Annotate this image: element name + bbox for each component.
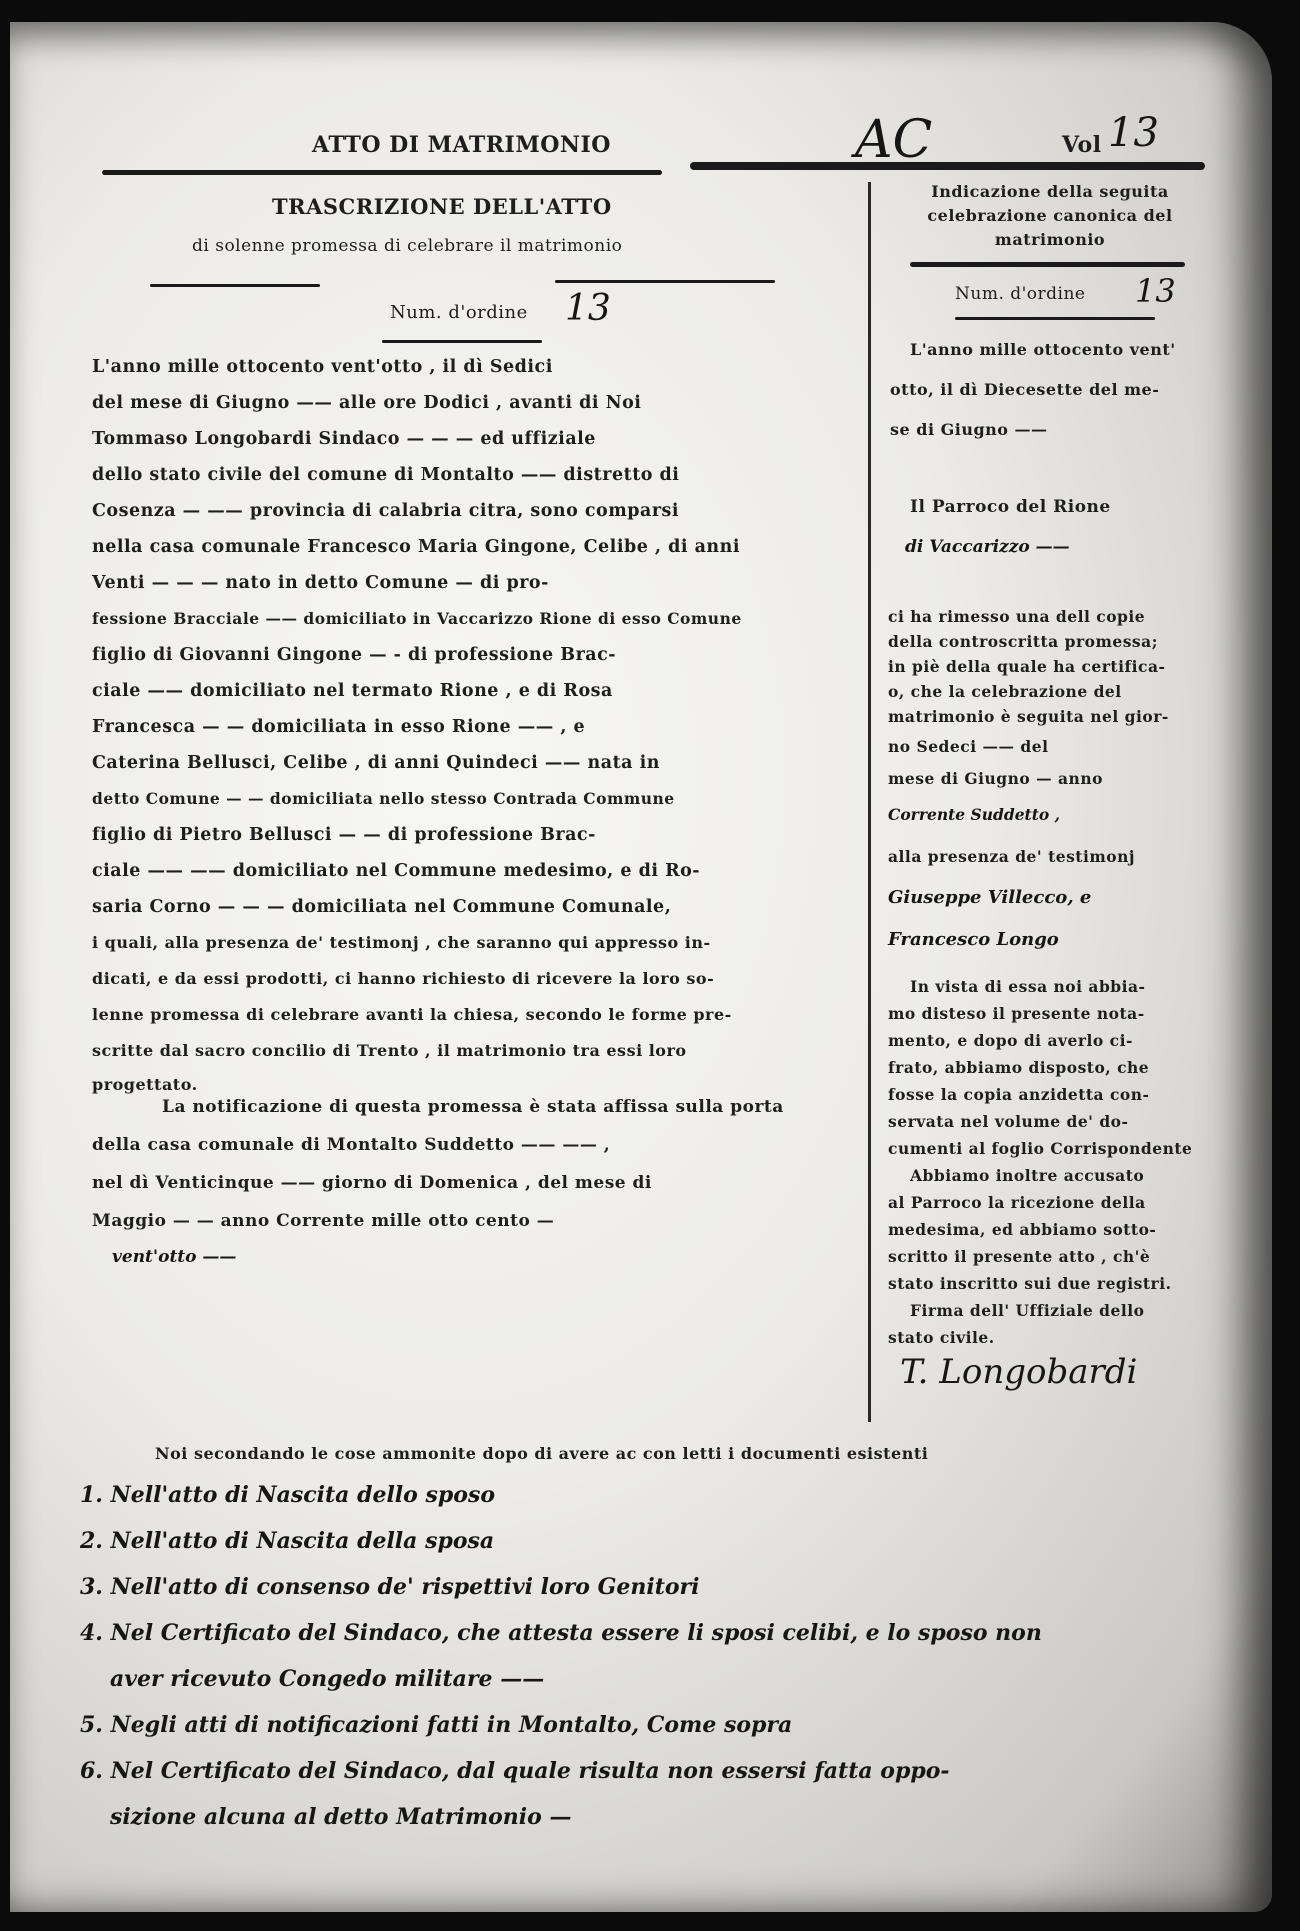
archive-mark: AC xyxy=(855,110,932,170)
subheading-rule-b xyxy=(555,280,775,283)
right-line: ci ha rimesso una dell copie xyxy=(888,607,1145,626)
right-line: otto, il dì Diecesette del me- xyxy=(890,380,1159,399)
body-line: del mese di Giugno —— alle ore Dodici , … xyxy=(92,393,641,413)
notice-line: La notificazione di questa promessa è st… xyxy=(162,1097,784,1117)
document-item: 2. Nell'atto di Nascita della sposa xyxy=(80,1528,494,1554)
left-body: L'anno mille ottocento vent'otto , il dì… xyxy=(92,357,862,1077)
body-line: ciale —— —— domiciliato nel Commune mede… xyxy=(92,861,700,881)
right-line: servata nel volume de' do- xyxy=(888,1112,1128,1131)
body-line: fessione Bracciale —— domiciliato in Vac… xyxy=(92,609,742,628)
officer-signature: T. Longobardi xyxy=(900,1352,1137,1392)
right-order-rule xyxy=(955,317,1155,320)
right-line: stato civile. xyxy=(888,1328,995,1347)
right-line: stato inscritto sui due registri. xyxy=(888,1274,1172,1293)
right-line: no Sedeci —— del xyxy=(888,737,1048,756)
right-line: Abbiamo inoltre accusato xyxy=(910,1166,1144,1185)
body-line: Venti — — — nato in detto Comune — di pr… xyxy=(92,573,549,593)
body-line: scritte dal sacro concilio di Trento , i… xyxy=(92,1041,687,1060)
body-line: nella casa comunale Francesco Maria Ging… xyxy=(92,537,740,557)
document-item: 5. Negli atti di notificazioni fatti in … xyxy=(80,1712,792,1738)
right-heading-line: Indicazione della seguita xyxy=(890,182,1210,206)
notice-paragraph: La notificazione di questa promessa è st… xyxy=(92,1097,862,1297)
right-line: Giuseppe Villecco, e xyxy=(888,887,1091,908)
body-line: i quali, alla presenza de' testimonj , c… xyxy=(92,933,711,952)
document-item: 1. Nell'atto di Nascita dello sposo xyxy=(80,1482,495,1508)
column-divider xyxy=(868,182,871,1422)
right-line: cumenti al foglio Corrispondente xyxy=(888,1139,1192,1158)
right-line: In vista di essa noi abbia- xyxy=(910,977,1146,996)
right-line: Francesco Longo xyxy=(888,929,1059,950)
document-item: sizione alcuna al detto Matrimonio — xyxy=(110,1804,572,1830)
body-line: Cosenza — —— provincia di calabria citra… xyxy=(92,501,679,521)
right-order-number: 13 xyxy=(1135,272,1176,310)
notice-line: della casa comunale di Montalto Suddetto… xyxy=(92,1135,610,1155)
body-line: figlio di Pietro Bellusci — — di profess… xyxy=(92,825,596,845)
header-rule-left xyxy=(102,170,662,175)
right-line: mese di Giugno — anno xyxy=(888,769,1103,788)
left-order-label: Num. d'ordine xyxy=(390,302,528,323)
right-line: scritto il presente atto , ch'è xyxy=(888,1247,1150,1266)
document-page: ATTO DI MATRIMONIO AC Vol 13 TRASCRIZION… xyxy=(10,22,1272,1912)
header-rule-right xyxy=(690,162,1205,170)
right-line: se di Giugno —— xyxy=(890,420,1048,439)
right-line: frato, abbiamo disposto, che xyxy=(888,1058,1149,1077)
subheading-rule-a xyxy=(150,284,320,287)
document-item: 6. Nel Certificato del Sindaco, dal qual… xyxy=(80,1758,950,1784)
body-line: progettato. xyxy=(92,1075,198,1094)
left-subheading: di solenne promessa di celebrare il matr… xyxy=(192,236,622,256)
right-line: al Parroco la ricezione della xyxy=(888,1193,1146,1212)
right-line: in piè della quale ha certifica- xyxy=(888,657,1165,676)
left-heading: TRASCRIZIONE DELL'ATTO xyxy=(272,194,612,219)
body-line: saria Corno — — — domiciliata nel Commun… xyxy=(92,897,671,917)
notice-line: Maggio — — anno Corrente mille otto cent… xyxy=(92,1211,554,1231)
right-line: Corrente Suddetto , xyxy=(888,805,1060,824)
right-line: Il Parroco del Rione xyxy=(910,497,1111,517)
body-line: detto Comune — — domiciliata nello stess… xyxy=(92,789,675,808)
volume-number: 13 xyxy=(1108,110,1159,156)
right-line: della controscritta promessa; xyxy=(888,632,1158,651)
volume-label: Vol xyxy=(1062,132,1102,158)
right-line: Firma dell' Uffiziale dello xyxy=(910,1301,1144,1320)
notice-line: nel dì Venticinque —— giorno di Domenica… xyxy=(92,1173,652,1193)
right-line: alla presenza de' testimonj xyxy=(888,847,1135,866)
left-order-number: 13 xyxy=(565,288,611,329)
document-title: ATTO DI MATRIMONIO xyxy=(312,132,611,158)
body-line: L'anno mille ottocento vent'otto , il dì… xyxy=(92,357,553,377)
document-item: 4. Nel Certificato del Sindaco, che atte… xyxy=(80,1620,1042,1646)
right-heading-line: celebrazione canonica del xyxy=(890,206,1210,230)
right-heading-line: matrimonio xyxy=(890,230,1210,254)
body-line: dicati, e da essi prodotti, ci hanno ric… xyxy=(92,969,714,988)
bottom-intro: Noi secondando le cose ammonite dopo di … xyxy=(155,1444,928,1463)
body-line: figlio di Giovanni Gingone — - di profes… xyxy=(92,645,616,665)
right-line: di Vaccarizzo —— xyxy=(905,537,1070,557)
document-item: aver ricevuto Congedo militare —— xyxy=(110,1666,544,1692)
body-line: ciale —— domiciliato nel termato Rione ,… xyxy=(92,681,613,701)
body-line: Tommaso Longobardi Sindaco — — — ed uffi… xyxy=(92,429,596,449)
right-line: o, che la celebrazione del xyxy=(888,682,1122,701)
body-line: Francesca — — domiciliata in esso Rione … xyxy=(92,717,585,737)
body-line: dello stato civile del comune di Montalt… xyxy=(92,465,679,485)
right-heading-rule xyxy=(910,262,1185,267)
notice-line: vent'otto —— xyxy=(112,1247,236,1267)
right-line: matrimonio è seguita nel gior- xyxy=(888,707,1169,726)
body-line: lenne promessa di celebrare avanti la ch… xyxy=(92,1005,732,1024)
right-line: fosse la copia anzidetta con- xyxy=(888,1085,1149,1104)
document-item: 3. Nell'atto di consenso de' rispettivi … xyxy=(80,1574,700,1600)
right-order-label: Num. d'ordine xyxy=(955,284,1086,304)
order-rule xyxy=(382,340,542,343)
right-line: L'anno mille ottocento vent' xyxy=(910,340,1176,359)
right-line: medesima, ed abbiamo sotto- xyxy=(888,1220,1156,1239)
body-line: Caterina Bellusci, Celibe , di anni Quin… xyxy=(92,753,660,773)
right-line: mento, e dopo di averlo ci- xyxy=(888,1031,1133,1050)
right-line: mo disteso il presente nota- xyxy=(888,1004,1145,1023)
right-heading: Indicazione della seguita celebrazione c… xyxy=(890,182,1210,254)
